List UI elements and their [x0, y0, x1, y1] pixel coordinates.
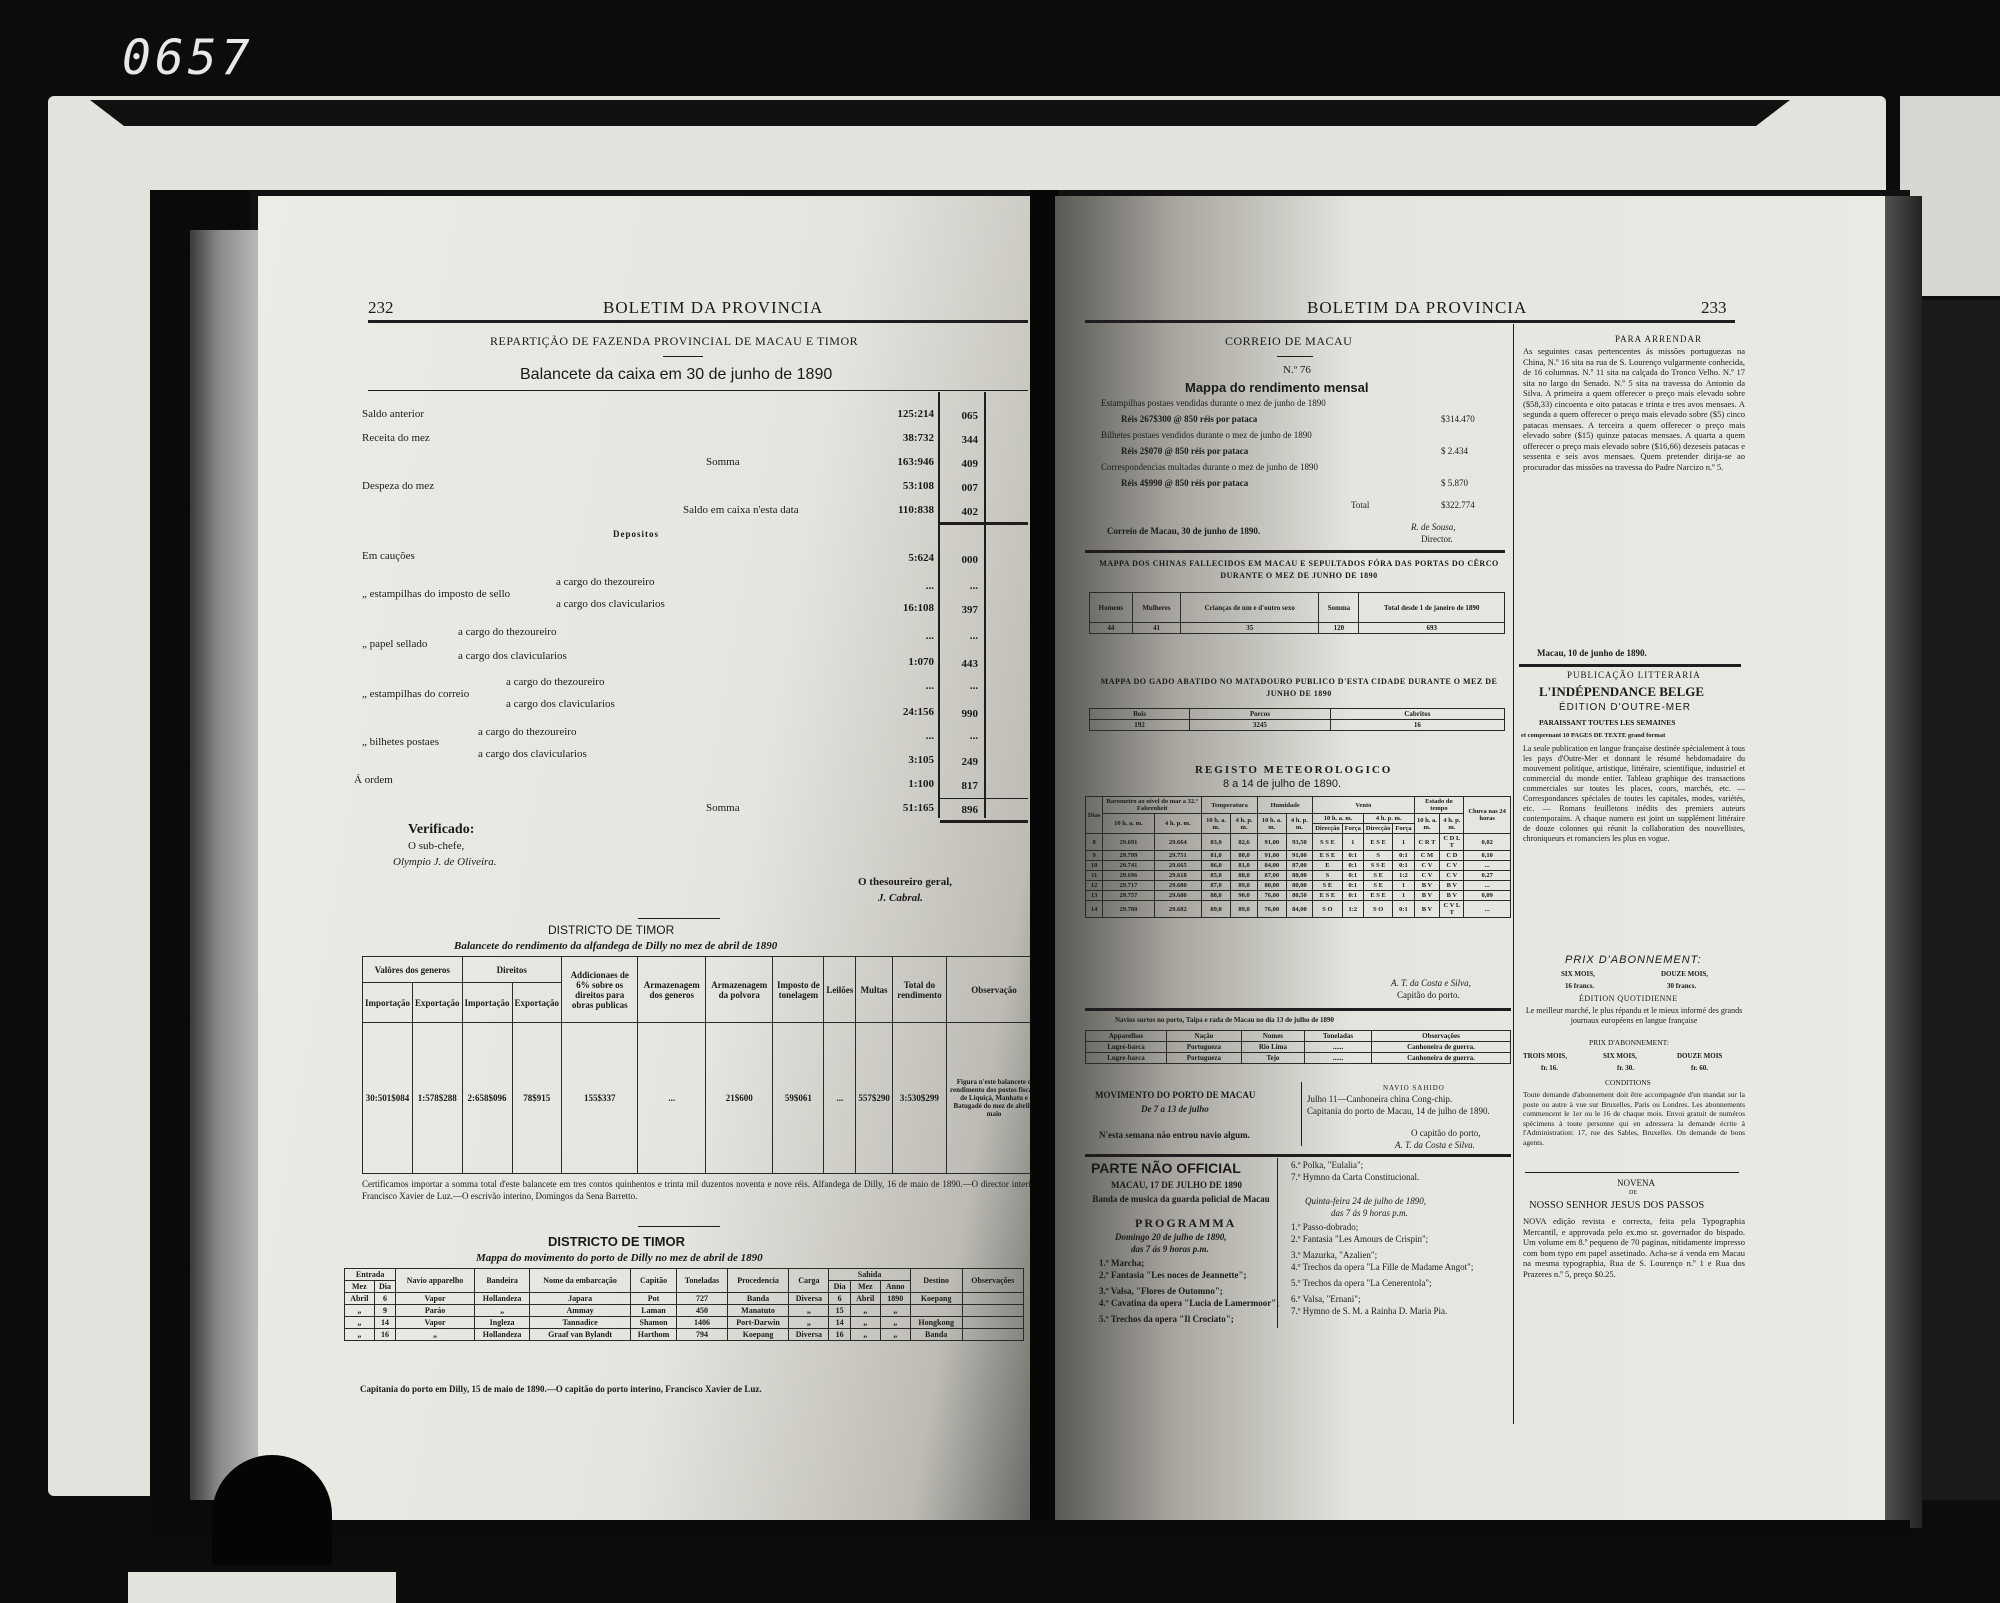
deposit-avos: ...	[948, 680, 978, 692]
cell: Pot	[630, 1293, 677, 1305]
programma-heading: PROGRAMMA	[1135, 1216, 1236, 1231]
cell: B V	[1440, 891, 1464, 901]
movimento-divider	[1301, 1082, 1302, 1146]
cell: B V	[1414, 881, 1440, 891]
cell: Portugueza	[1166, 1042, 1241, 1053]
correio-total: $322.774	[1441, 500, 1475, 510]
right-page: BOLETIM DA PROVINCIA 233 CORREIO DE MACA…	[1055, 196, 1885, 1528]
balance-label: Despeza do mez	[362, 480, 434, 492]
cell: 81,0	[1202, 851, 1231, 861]
cell: 29.664	[1154, 834, 1202, 851]
program-item: 7.º Hymno de S. M. a Rainha D. Maria Pia…	[1291, 1306, 1447, 1316]
table-row: 1129.69629.61885,088,087,0088,00S0:1S E1…	[1086, 871, 1511, 881]
program-item: 2.º Fantasia "Les noces de Jeannette";	[1099, 1270, 1246, 1280]
domingo-date: Domingo 20 de julho de 1890,	[1115, 1232, 1227, 1242]
deposit-patacas: 5:624	[878, 552, 934, 564]
cell: 76,00	[1258, 891, 1287, 901]
cell: 1	[1393, 891, 1414, 901]
navio-sahido: Julho 11—Canhoneira china Cong-chip.	[1307, 1094, 1452, 1104]
balance-patacas: 163:946	[878, 456, 934, 468]
cell: 84,00	[1258, 861, 1287, 871]
cell: C M	[1414, 851, 1440, 861]
program-item: 3.º Valsa, "Flores de Outomno";	[1099, 1286, 1223, 1296]
parte-divider	[1277, 1158, 1278, 1328]
header-valores: Valôres dos generos	[363, 957, 463, 983]
cell: 192	[1090, 720, 1190, 731]
cell: 14	[829, 1317, 851, 1329]
verificado-heading: Verificado:	[408, 822, 474, 838]
cell: „	[345, 1317, 375, 1329]
sum-rule	[940, 798, 1028, 799]
cell: Hollandeza	[474, 1293, 530, 1305]
cell: 93,50	[1286, 834, 1313, 851]
cell: C V	[1440, 861, 1464, 871]
correio-item-amount: $314.470	[1441, 414, 1475, 424]
meteo-subtitle: 8 a 14 de julho de 1890.	[1223, 778, 1341, 790]
cell: „	[789, 1305, 829, 1317]
cell: 0,27	[1464, 871, 1511, 881]
header-humidade: Humidade	[1258, 797, 1313, 814]
balance-label: Receita do mez	[362, 432, 430, 444]
cell: Koepang	[910, 1293, 962, 1305]
header: 10 h. a. m.	[1313, 814, 1364, 824]
cell: 29.680	[1154, 881, 1202, 891]
cell: 91,00	[1258, 834, 1287, 851]
cell: C V	[1414, 861, 1440, 871]
cell: Portugueza	[1166, 1053, 1241, 1064]
cell: Japara	[530, 1293, 630, 1305]
cell: Tannadice	[530, 1317, 630, 1329]
cell: Paráo	[396, 1305, 474, 1317]
cell: Diversa	[789, 1293, 829, 1305]
ornament-rule	[638, 918, 720, 919]
deposit-sub: a cargo do thezoureiro	[556, 576, 654, 588]
cell: Rio Lima	[1241, 1042, 1304, 1053]
deposit-label: „ estampilhas do imposto de sello	[362, 588, 510, 600]
cell: 29.741	[1103, 861, 1154, 871]
cell: Hollandeza	[474, 1329, 530, 1341]
program-item: 6.º Polka, "Eulalia";	[1291, 1160, 1363, 1170]
balance-patacas: 110:838	[878, 504, 934, 516]
header: 10 h. a. m.	[1414, 814, 1440, 834]
navio-sahido-heading: NAVIO SAHIDO	[1383, 1084, 1445, 1092]
section-rule	[1525, 1172, 1739, 1173]
cell: 6	[829, 1293, 851, 1305]
cell: 80,00	[1286, 881, 1313, 891]
table-row: 929.79929.75181,080,091,0091,00E S E0:1S…	[1086, 851, 1511, 861]
novena-de: DE	[1629, 1190, 1637, 1196]
cell: 29.665	[1154, 861, 1202, 871]
cell: C V	[1440, 871, 1464, 881]
header-armazenagem-generos: Armazenagem dos generos	[638, 957, 706, 1023]
header: 4 h. p. m.	[1231, 814, 1258, 834]
cell: 89,0	[1202, 901, 1231, 918]
header: 4 h. p. m.	[1440, 814, 1464, 834]
cell: 0,10	[1464, 851, 1511, 861]
cell: ......	[1305, 1053, 1372, 1064]
cell: 89,0	[1231, 901, 1258, 918]
cell: 9	[374, 1305, 396, 1317]
header-direitos: Direitos	[462, 957, 562, 983]
cell: 91,00	[1286, 851, 1313, 861]
header: Mez	[345, 1281, 375, 1293]
cell: 35	[1181, 623, 1319, 634]
cell: E S E	[1313, 851, 1342, 861]
meteo-signer-role: Capitão do porto.	[1397, 990, 1460, 1000]
prix-period: SIX MOIS,	[1561, 970, 1595, 978]
header-importacao: Importação	[462, 983, 512, 1023]
correio-item-desc: Estampilhas postaes vendidas durante o m…	[1101, 398, 1326, 408]
header: 4 h. p. m.	[1363, 814, 1414, 824]
left-page: 232 BOLETIM DA PROVINCIA REPARTIÇÃO DE F…	[258, 196, 1030, 1528]
table-row: Abril6VaporHollandezaJaparaPot727BandaDi…	[345, 1293, 1024, 1305]
deposit-sub: a cargo dos clavicularios	[478, 748, 587, 760]
cell: 3245	[1190, 720, 1331, 731]
cell: 16	[374, 1329, 396, 1341]
timor-customs-subtitle: Balancete do rendimento da alfandega de …	[454, 940, 777, 952]
cell	[910, 1305, 962, 1317]
thumb-shadow	[212, 1455, 332, 1565]
cell: 1406	[677, 1317, 727, 1329]
publicacao-title: L'INDÉPENDANCE BELGE	[1539, 684, 1704, 700]
cell: S E	[1363, 871, 1392, 881]
publicacao-frequency: PARAISSANT TOUTES LES SEMAINES	[1539, 718, 1675, 727]
correio-number: N.º 76	[1283, 364, 1311, 376]
cell: 155$337	[562, 1023, 638, 1174]
balancete-rule	[368, 390, 1028, 391]
header: Observações	[962, 1269, 1023, 1293]
cell: 29.757	[1103, 891, 1154, 901]
cell: B V	[1414, 891, 1440, 901]
correio-title: CORREIO DE MACAU	[1225, 334, 1352, 349]
domingo-hours: das 7 ás 9 horas p.m.	[1131, 1244, 1209, 1254]
header-sahida: Sahida	[829, 1269, 911, 1281]
deposit-avos: ...	[948, 630, 978, 642]
prix-period: SIX MOIS,	[1603, 1052, 1637, 1060]
cell: 29.799	[1103, 851, 1154, 861]
table-row: 829.69129.66483,082,691,0093,50S S E1E S…	[1086, 834, 1511, 851]
deposit-patacas: 1:100	[878, 778, 934, 790]
header: Destino	[910, 1269, 962, 1293]
cell: 2:658$096	[462, 1023, 512, 1174]
cell: Hongkong	[910, 1317, 962, 1329]
cell: S S E	[1313, 834, 1342, 851]
header-tonelagem: Imposto de tonelagem	[773, 957, 824, 1023]
movimento-signer: A. T. da Costa e Silva.	[1395, 1140, 1475, 1150]
cell: B V	[1440, 881, 1464, 891]
header: Bandeira	[474, 1269, 530, 1293]
correio-item-detail: Réis 4$990 @ 850 réis por pataca	[1121, 478, 1248, 488]
correio-item-desc: Correspondencias multadas durante o mez …	[1101, 462, 1318, 472]
cell: E S E	[1363, 834, 1392, 851]
header-exportacao: Exportação	[413, 983, 463, 1023]
header: Dia	[829, 1281, 851, 1293]
prix-price: fr. 30.	[1617, 1064, 1634, 1072]
cell: 11	[1086, 871, 1103, 881]
header: Procedencia	[727, 1269, 789, 1293]
deposit-patacas: ...	[878, 730, 934, 742]
deposit-avos: ...	[948, 730, 978, 742]
cell: 0:1	[1393, 861, 1414, 871]
header-barometro: Barometro ao nivel do mar a 32.º Fahrenh…	[1103, 797, 1202, 814]
header-observacao: Observação	[947, 957, 1031, 1023]
gado-table: Bois Porcos Cabritos 192 3245 16	[1089, 708, 1505, 731]
microfilm-frame-number: 0657	[122, 30, 254, 86]
timor-port-footer: Capitania do porto em Dilly, 15 de maio …	[360, 1384, 762, 1394]
quinta-hours: das 7 ás 9 horas p.m.	[1331, 1208, 1408, 1218]
cell: 59$061	[773, 1023, 824, 1174]
balance-avos: 402	[948, 506, 978, 518]
cell: S E	[1313, 881, 1342, 891]
cell: 0:1	[1342, 851, 1363, 861]
banda-heading: Banda de musica da guarda policial de Ma…	[1091, 1194, 1271, 1205]
cell: 91,00	[1258, 851, 1287, 861]
header: Bois	[1090, 709, 1190, 720]
section-rule	[1085, 1008, 1511, 1011]
deposit-patacas: ...	[878, 630, 934, 642]
cell: C D	[1440, 851, 1464, 861]
short-rule	[1277, 356, 1313, 357]
header-vento: Vento	[1313, 797, 1414, 814]
correio-signer: R. de Sousa,	[1411, 522, 1456, 532]
cell: 16	[1330, 720, 1504, 731]
cell: 0:1	[1342, 891, 1363, 901]
thesoureiro-role: O thesoureiro geral,	[858, 876, 952, 888]
cell: „	[850, 1305, 880, 1317]
thesoureiro-name: J. Cabral.	[878, 892, 923, 904]
cell: Ammay	[530, 1305, 630, 1317]
cell: E S E	[1313, 891, 1342, 901]
cell	[962, 1305, 1023, 1317]
deposit-label: Á ordem	[354, 774, 393, 786]
cell: 80,0	[1231, 851, 1258, 861]
cell: 1	[1393, 834, 1414, 851]
prix-period: TROIS MOIS,	[1523, 1052, 1567, 1060]
cell: 3:530$299	[892, 1023, 946, 1174]
prix-heading: PRIX D'ABONNEMENT:	[1565, 954, 1702, 966]
cell: Harthom	[630, 1329, 677, 1341]
double-rule	[940, 522, 1028, 525]
header: Nome da embarcação	[530, 1269, 630, 1293]
cell: „	[345, 1305, 375, 1317]
program-item: 6.º Valsa, "Ernani";	[1291, 1294, 1360, 1304]
cell: ...	[1464, 901, 1511, 918]
film-label-strip	[128, 1572, 396, 1603]
navios-title: Navios surtos no porto, Taipa e rada de …	[1115, 1016, 1334, 1024]
correio-signer-role: Director.	[1421, 534, 1453, 544]
novena-title: NOSSO SENHOR JESUS DOS PASSOS	[1529, 1200, 1704, 1211]
chinas-table: Homens Mulheres Crianças de um e d'outro…	[1089, 592, 1505, 634]
header: 4 h. p. m.	[1286, 814, 1313, 834]
header: Mulheres	[1132, 593, 1180, 623]
table-row: 1229.71729.68087,089,080,0080,00S E0:1S …	[1086, 881, 1511, 891]
cell: Manatuto	[727, 1305, 789, 1317]
cell: Banda	[910, 1329, 962, 1341]
header-chuva: Chuva nas 24 horas	[1464, 797, 1511, 834]
cell: 88,00	[1286, 871, 1313, 881]
deposit-total-patacas: 51:165	[878, 802, 934, 814]
cell: 86,0	[1202, 861, 1231, 871]
cell: 87,0	[1202, 881, 1231, 891]
page-number: 233	[1701, 298, 1727, 318]
table-row: 192 3245 16	[1090, 720, 1505, 731]
cell: „	[396, 1329, 474, 1341]
cell	[962, 1317, 1023, 1329]
header: 10 h. a. m.	[1258, 814, 1287, 834]
program-item: 7.º Hymno da Carta Constitucional.	[1291, 1172, 1419, 1182]
deposit-patacas: ...	[878, 580, 934, 592]
cell: 0,09	[1464, 891, 1511, 901]
cell: 29.780	[1103, 901, 1154, 918]
cell: „	[345, 1329, 375, 1341]
deposit-sub: a cargo dos clavicularios	[458, 650, 567, 662]
header: Força	[1393, 824, 1414, 834]
header-multas: Multas	[856, 957, 893, 1023]
verificado-role: O sub-chefe,	[408, 840, 464, 852]
table-row: 1429.78029.68289,089,076,0084,00S O1:2S …	[1086, 901, 1511, 918]
cell	[962, 1329, 1023, 1341]
deposit-avos: 249	[948, 756, 978, 768]
deposit-total-avos: 896	[948, 804, 978, 816]
deposit-avos: 000	[948, 554, 978, 566]
cell-observacao: Figura n'este balancete o rendimento dos…	[947, 1023, 1031, 1174]
cell: 83,0	[1202, 834, 1231, 851]
prix-period: DOUZE MOIS,	[1661, 970, 1708, 978]
cell: Canhoneira de guerra.	[1372, 1053, 1511, 1064]
cell: Ingleza	[474, 1317, 530, 1329]
header: Homens	[1090, 593, 1133, 623]
cell: 0:1	[1342, 881, 1363, 891]
correio-place-date: Correio de Macau, 30 de junho de 1890.	[1107, 526, 1260, 536]
cell: 1:2	[1393, 871, 1414, 881]
balance-avos: 007	[948, 482, 978, 494]
correio-item-desc: Bilhetes postaes vendidos durante o mez …	[1101, 430, 1312, 440]
verificado-name: Olympio J. de Oliveira.	[393, 856, 497, 868]
movimento-capitania: Capitania do porto de Macau, 14 de julho…	[1307, 1106, 1507, 1117]
deposit-patacas: 24:156	[878, 706, 934, 718]
movimento-title: MOVIMENTO DO PORTO DE MACAU	[1095, 1090, 1255, 1100]
cell: Koepang	[727, 1329, 789, 1341]
cell: 89,0	[1231, 881, 1258, 891]
balance-label: Somma	[706, 456, 740, 468]
quotidienne-heading: ÉDITION QUOTIDIENNE	[1579, 994, 1678, 1003]
timor-customs-title: DISTRICTO DE TIMOR	[548, 923, 674, 937]
deposit-total-label: Somma	[706, 802, 740, 814]
depositos-heading: Depositos	[613, 529, 659, 539]
deposit-sub: a cargo dos clavicularios	[556, 598, 665, 610]
deposit-patacas: ...	[878, 680, 934, 692]
header-addicionaes: Addicionaes de 6% sobre os direitos para…	[562, 957, 638, 1023]
program-item: 5.º Trechos da opera "Il Crociato";	[1099, 1314, 1234, 1324]
cell: Diversa	[789, 1329, 829, 1341]
publicacao-body: La seule publication en langue française…	[1523, 744, 1745, 844]
arrendar-dateline: Macau, 10 de junho de 1890.	[1537, 648, 1647, 658]
gado-title: MAPPA DO GADO ABATIDO NO MATADOURO PUBLI…	[1099, 676, 1499, 700]
header: Capitão	[630, 1269, 677, 1293]
cell: Vapor	[396, 1293, 474, 1305]
navios-table: Apparelhos Nação Nomes Toneladas Observa…	[1085, 1030, 1511, 1064]
cell: 0:1	[1342, 861, 1363, 871]
cell: 29.751	[1154, 851, 1202, 861]
deposit-patacas: 3:105	[878, 754, 934, 766]
header: Nação	[1166, 1031, 1241, 1042]
header: Dia	[374, 1281, 396, 1293]
header: Toneladas	[1305, 1031, 1372, 1042]
cell: 10	[1086, 861, 1103, 871]
cell: E	[1313, 861, 1342, 871]
header: 4 h. p. m.	[1154, 814, 1202, 834]
cell: 1:2	[1342, 901, 1363, 918]
cell: S S E	[1363, 861, 1392, 871]
correio-item-amount: $ 5.870	[1441, 478, 1468, 488]
cell: 80,50	[1286, 891, 1313, 901]
balance-patacas: 38:732	[878, 432, 934, 444]
quinta-date: Quinta-feira 24 de julho de 1890,	[1305, 1196, 1426, 1206]
cell: 87,00	[1286, 861, 1313, 871]
section-rule	[1085, 1154, 1511, 1157]
cell: ......	[1305, 1042, 1372, 1053]
header: Anno	[880, 1281, 910, 1293]
header: Carga	[789, 1269, 829, 1293]
movimento-subtitle: De 7 a 13 de julho	[1141, 1104, 1209, 1114]
cell: „	[850, 1317, 880, 1329]
program-item: 3.º Mazurka, "Azalien";	[1291, 1250, 1377, 1260]
cell: 80,00	[1258, 881, 1287, 891]
head-rule	[368, 320, 1028, 323]
cell: 0:1	[1393, 851, 1414, 861]
cell: „	[880, 1317, 910, 1329]
cell: Graaf van Bylandt	[530, 1329, 630, 1341]
conditions-heading: CONDITIONS	[1605, 1078, 1651, 1087]
cell: ...	[1464, 881, 1511, 891]
header: 10 h. a. m.	[1202, 814, 1231, 834]
deposit-avos: ...	[948, 580, 978, 592]
header-total: Total do rendimento	[892, 957, 946, 1023]
parte-dateline: MACAU, 17 DE JULHO DE 1890	[1111, 1180, 1242, 1190]
timor-customs-table: Valôres dos generos Direitos Addicionaes…	[362, 956, 1030, 1174]
header: Observações	[1372, 1031, 1511, 1042]
table-row: 44 41 35 120 693	[1090, 623, 1505, 634]
conditions-body: Toute demande d'abonnement doit être acc…	[1523, 1090, 1745, 1147]
cell: C R T	[1414, 834, 1440, 851]
deposit-sub: a cargo do thezoureiro	[458, 626, 556, 638]
cell: 30:501$084	[363, 1023, 413, 1174]
cell: 727	[677, 1293, 727, 1305]
program-item: 1.º Passo-dobrado;	[1291, 1222, 1358, 1232]
header: 10 h. a. m.	[1103, 814, 1154, 834]
header: Força	[1342, 824, 1363, 834]
publicacao-format: et comprenant 10 PAGES DE TEXTE grand fo…	[1521, 732, 1665, 739]
novena-body: NOVA edição revista e correcta, feita pe…	[1523, 1216, 1745, 1279]
cell: 76,00	[1258, 901, 1287, 918]
arrendar-title: PARA ARRENDAR	[1615, 334, 1702, 344]
table-row: „9Paráo„AmmayLaman450Manatuto„15„„	[345, 1305, 1024, 1317]
cell: Laman	[630, 1305, 677, 1317]
cell: 1890	[880, 1293, 910, 1305]
deposit-sub: a cargo dos clavicularios	[506, 698, 615, 710]
cell: Abril	[345, 1293, 375, 1305]
balancete-title: Balancete da caixa em 30 de junho de 189…	[520, 366, 832, 384]
cell: 794	[677, 1329, 727, 1341]
parte-nao-official-title: PARTE NÃO OFFICIAL	[1091, 1160, 1241, 1176]
timor-port-subtitle: Mappa do movimento do porto de Dilly no …	[476, 1252, 763, 1264]
section-title: REPARTIÇÃO DE FAZENDA PROVINCIAL DE MACA…	[490, 334, 858, 349]
cell: S O	[1363, 901, 1392, 918]
cell: 85,0	[1202, 871, 1231, 881]
book-right-page-stack	[1882, 196, 1922, 1528]
correio-item-detail: Réis 267$300 @ 850 réis por pataca	[1121, 414, 1257, 424]
cell: 8	[1086, 834, 1103, 851]
